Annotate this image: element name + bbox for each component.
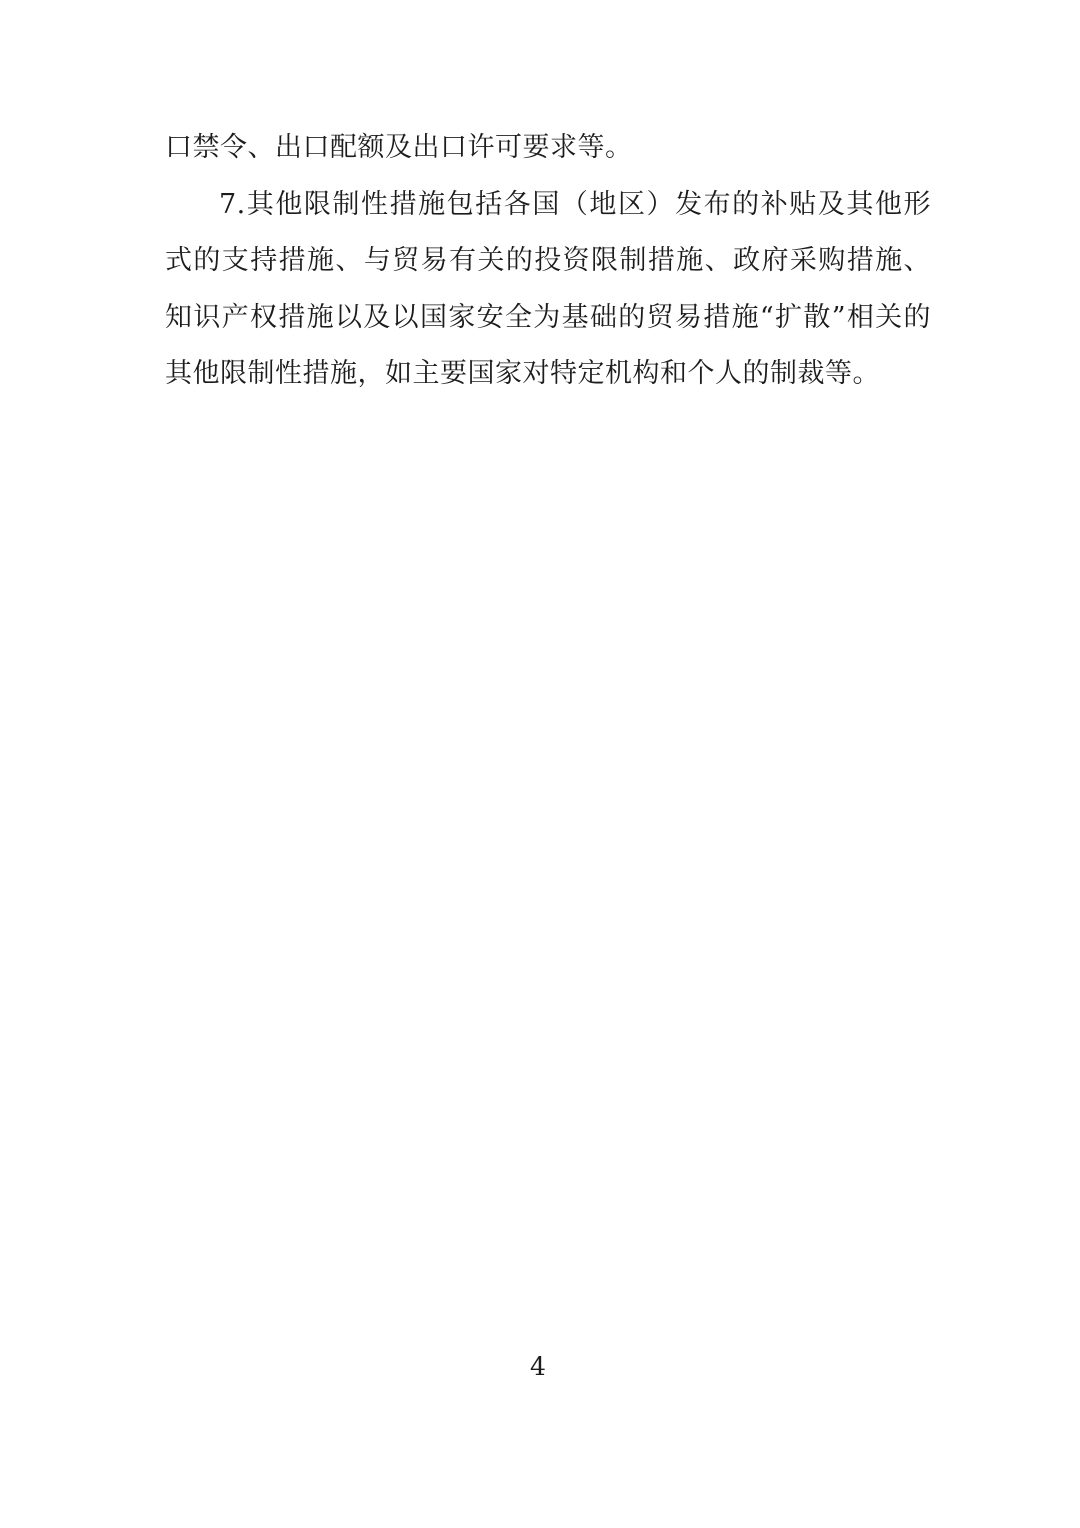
body-paragraph-continuation: 口禁令、出口配额及出口许可要求等。 xyxy=(165,120,931,177)
page-number: 4 xyxy=(0,1352,1076,1382)
body-paragraph-item-7: 7.其他限制性措施包括各国（地区）发布的补贴及其他形式的支持措施、与贸易有关的投… xyxy=(165,177,931,403)
page-body-text: 口禁令、出口配额及出口许可要求等。 7.其他限制性措施包括各国（地区）发布的补贴… xyxy=(165,120,931,403)
document-page: 口禁令、出口配额及出口许可要求等。 7.其他限制性措施包括各国（地区）发布的补贴… xyxy=(0,0,1080,1528)
